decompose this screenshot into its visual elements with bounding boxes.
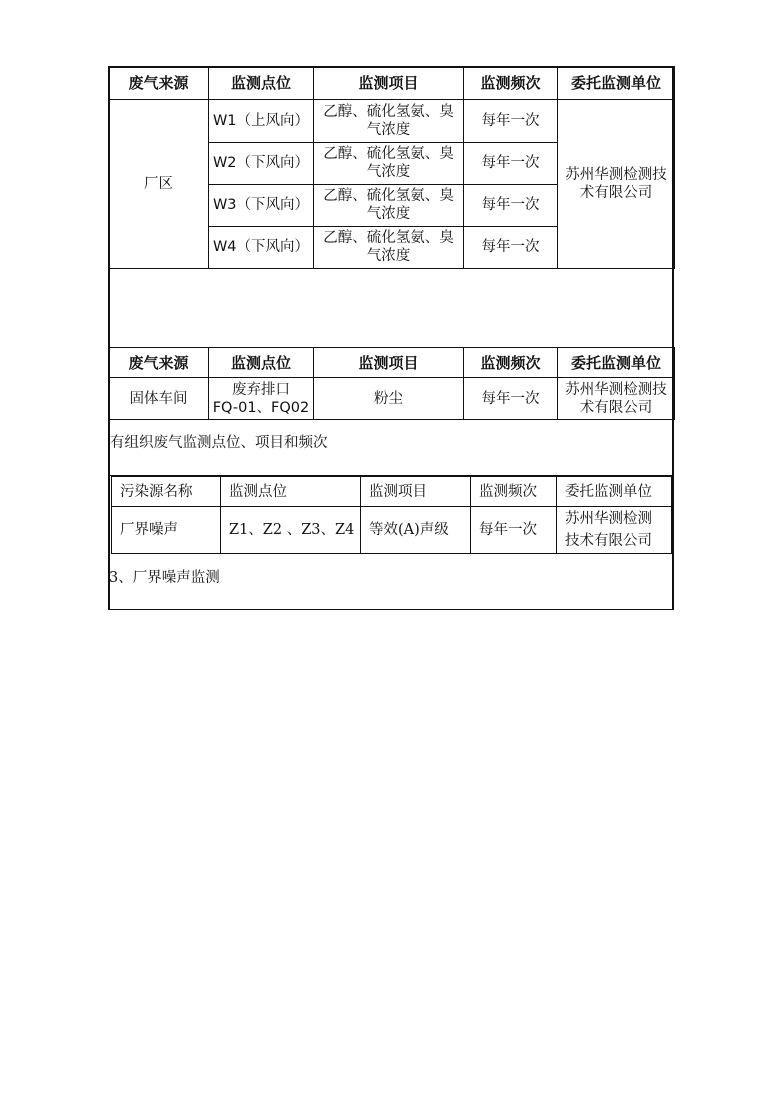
- monitoring-item-cell: 等效(A)声级: [361, 507, 471, 554]
- monitoring-point-cell: W4（下风向）: [209, 226, 314, 268]
- table-header-row: 废气来源 监测点位 监测项目 监测频次 委托监测单位: [109, 67, 675, 99]
- header-frequency: 监测频次: [464, 348, 558, 378]
- gas-source-cell: 固体车间: [109, 378, 209, 420]
- header-monitoring-point: 监测点位: [209, 348, 314, 378]
- contracted-unit-cell: 苏州华测检测技术有限公司: [558, 378, 675, 420]
- boundary-noise-table: 污染源名称 监测点位 监测项目 监测频次 委托监测单位 厂界噪声 Z1、Z2 、…: [111, 476, 672, 554]
- header-monitoring-item: 监测项目: [314, 348, 464, 378]
- monitoring-point-cell: W3（下风向）: [209, 184, 314, 226]
- table-row: 厂界噪声 Z1、Z2 、Z3、Z4 等效(A)声级 每年一次 苏州华测检测技术有…: [112, 507, 672, 554]
- contracted-unit-cell: 苏州华测检测技术有限公司: [558, 99, 675, 268]
- monitoring-item-cell: 乙醇、硫化氢氨、臭气浓度: [314, 99, 464, 142]
- header-gas-source: 废气来源: [109, 67, 209, 99]
- monitoring-point-cell: Z1、Z2 、Z3、Z4: [221, 507, 361, 554]
- organized-gas-caption: 有组织废气监测点位、项目和频次: [110, 431, 328, 452]
- header-gas-source: 废气来源: [109, 348, 209, 378]
- contracted-unit-cell: 苏州华测检测技术有限公司: [557, 507, 672, 554]
- unorganized-gas-table: 废气来源 监测点位 监测项目 监测频次 委托监测单位 厂区 W1（上风向） 乙醇…: [108, 66, 675, 269]
- frequency-cell: 每年一次: [464, 184, 558, 226]
- frequency-cell: 每年一次: [464, 99, 558, 142]
- monitoring-point-cell: W2（下风向）: [209, 142, 314, 184]
- frequency-cell: 每年一次: [464, 142, 558, 184]
- table-row: 固体车间 废弃排口FQ-01、FQ02 粉尘 每年一次 苏州华测检测技术有限公司: [109, 378, 675, 420]
- monitoring-point-cell: 废弃排口FQ-01、FQ02: [209, 378, 314, 420]
- frequency-cell: 每年一次: [471, 507, 557, 554]
- table-header-row: 污染源名称 监测点位 监测项目 监测频次 委托监测单位: [112, 477, 672, 507]
- monitoring-item-cell: 乙醇、硫化氢氨、臭气浓度: [314, 184, 464, 226]
- header-contracted-unit: 委托监测单位: [558, 348, 675, 378]
- gas-source-cell: 厂区: [109, 99, 209, 268]
- header-frequency: 监测频次: [464, 67, 558, 99]
- header-monitoring-item: 监测项目: [361, 477, 471, 507]
- monitoring-item-cell: 乙醇、硫化氢氨、臭气浓度: [314, 142, 464, 184]
- header-monitoring-point: 监测点位: [221, 477, 361, 507]
- header-contracted-unit: 委托监测单位: [557, 477, 672, 507]
- header-monitoring-item: 监测项目: [314, 67, 464, 99]
- header-frequency: 监测频次: [471, 477, 557, 507]
- monitoring-item-cell: 粉尘: [314, 378, 464, 420]
- header-contracted-unit: 委托监测单位: [558, 67, 675, 99]
- table-header-row: 废气来源 监测点位 监测项目 监测频次 委托监测单位: [109, 348, 675, 378]
- table-row: 厂区 W1（上风向） 乙醇、硫化氢氨、臭气浓度 每年一次 苏州华测检测技术有限公…: [109, 99, 675, 142]
- noise-section-heading: 3、厂界噪声监测: [109, 566, 220, 587]
- monitoring-item-cell: 乙醇、硫化氢氨、臭气浓度: [314, 226, 464, 268]
- frequency-cell: 每年一次: [464, 226, 558, 268]
- header-pollution-source: 污染源名称: [112, 477, 221, 507]
- organized-gas-table: 废气来源 监测点位 监测项目 监测频次 委托监测单位 固体车间 废弃排口FQ-0…: [108, 347, 675, 420]
- frequency-cell: 每年一次: [464, 378, 558, 420]
- monitoring-point-cell: W1（上风向）: [209, 99, 314, 142]
- header-monitoring-point: 监测点位: [209, 67, 314, 99]
- pollution-source-cell: 厂界噪声: [112, 507, 221, 554]
